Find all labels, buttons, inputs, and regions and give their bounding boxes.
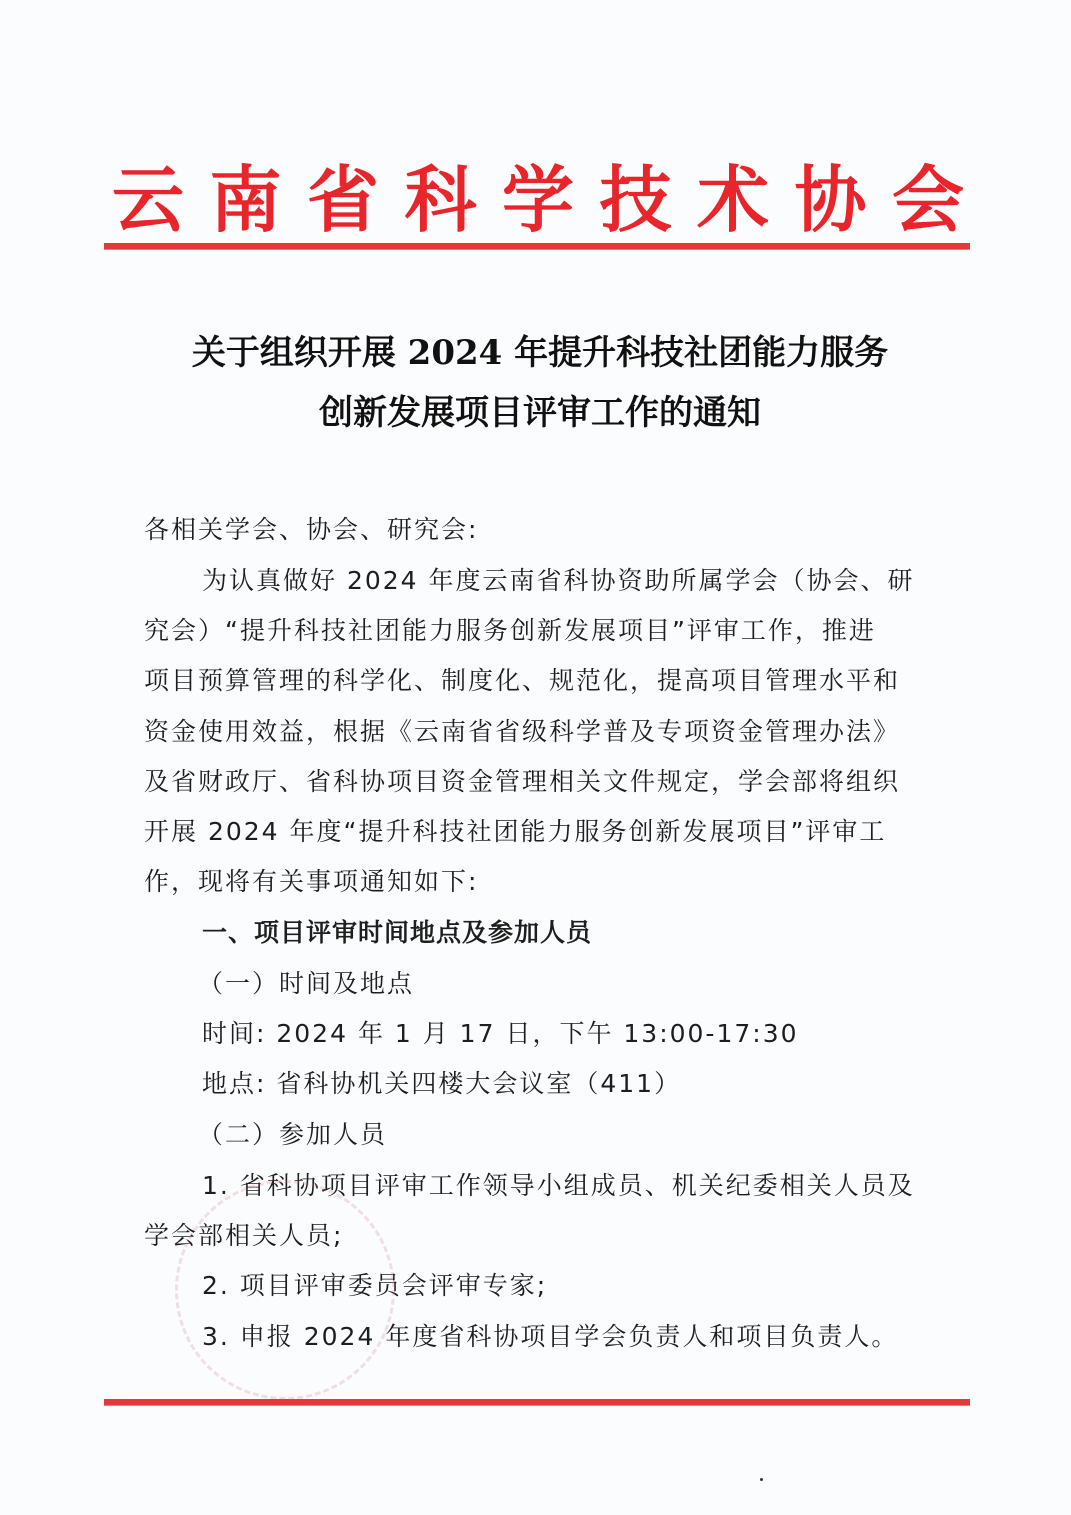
section-1-heading: 一、项目评审时间地点及参加人员	[202, 913, 592, 949]
org-masthead: 云 南 省 科 学 技 术 协 会	[104, 148, 972, 240]
masthead-char: 会	[884, 142, 972, 246]
footer-red-rule	[104, 1399, 970, 1406]
intro-line: 资金使用效益，根据《云南省省级科学普及专项资金管理办法》	[144, 712, 900, 748]
header-red-rule	[104, 243, 970, 250]
masthead-char: 省	[299, 142, 387, 246]
masthead-char: 术	[689, 142, 777, 246]
masthead-char: 云	[104, 142, 192, 246]
meeting-time: 时间: 2024 年 1 月 17 日，下午 13:00-17:30	[202, 1014, 799, 1050]
intro-line: 开展 2024 年度“提升科技社团能力服务创新发展项目”评审工	[144, 812, 886, 848]
intro-line: 项目预算管理的科学化、制度化、规范化，提高项目管理水平和	[144, 661, 900, 697]
document-page: 云 南 省 科 学 技 术 协 会 关于组织开展 2024 年提升科技社团能力服…	[0, 0, 1071, 1515]
intro-line: 及省财政厅、省科协项目资金管理相关文件规定，学会部将组织	[144, 762, 900, 798]
document-title-line-2: 创新发展项目评审工作的通知	[100, 396, 980, 430]
masthead-char: 南	[202, 142, 290, 246]
subsection-1-heading: （一）时间及地点	[198, 964, 414, 1000]
meeting-place: 地点: 省科协机关四楼大会议室（411）	[202, 1064, 681, 1100]
intro-line: 为认真做好 2024 年度云南省科协资助所属学会（协会、研	[202, 561, 915, 597]
salutation: 各相关学会、协会、研究会:	[144, 510, 478, 546]
intro-line: 究会）“提升科技社团能力服务创新发展项目”评审工作，推进	[144, 611, 876, 647]
faint-seal-stamp	[175, 1180, 395, 1400]
masthead-char: 学	[494, 142, 582, 246]
masthead-char: 科	[397, 142, 485, 246]
subsection-2-heading: （二）参加人员	[198, 1115, 387, 1151]
masthead-char: 技	[592, 142, 680, 246]
scan-speck	[760, 1478, 763, 1481]
document-title-line-1: 关于组织开展 2024 年提升科技社团能力服务	[100, 336, 980, 370]
intro-line: 作，现将有关事项通知如下:	[144, 862, 478, 898]
masthead-char: 协	[787, 142, 875, 246]
